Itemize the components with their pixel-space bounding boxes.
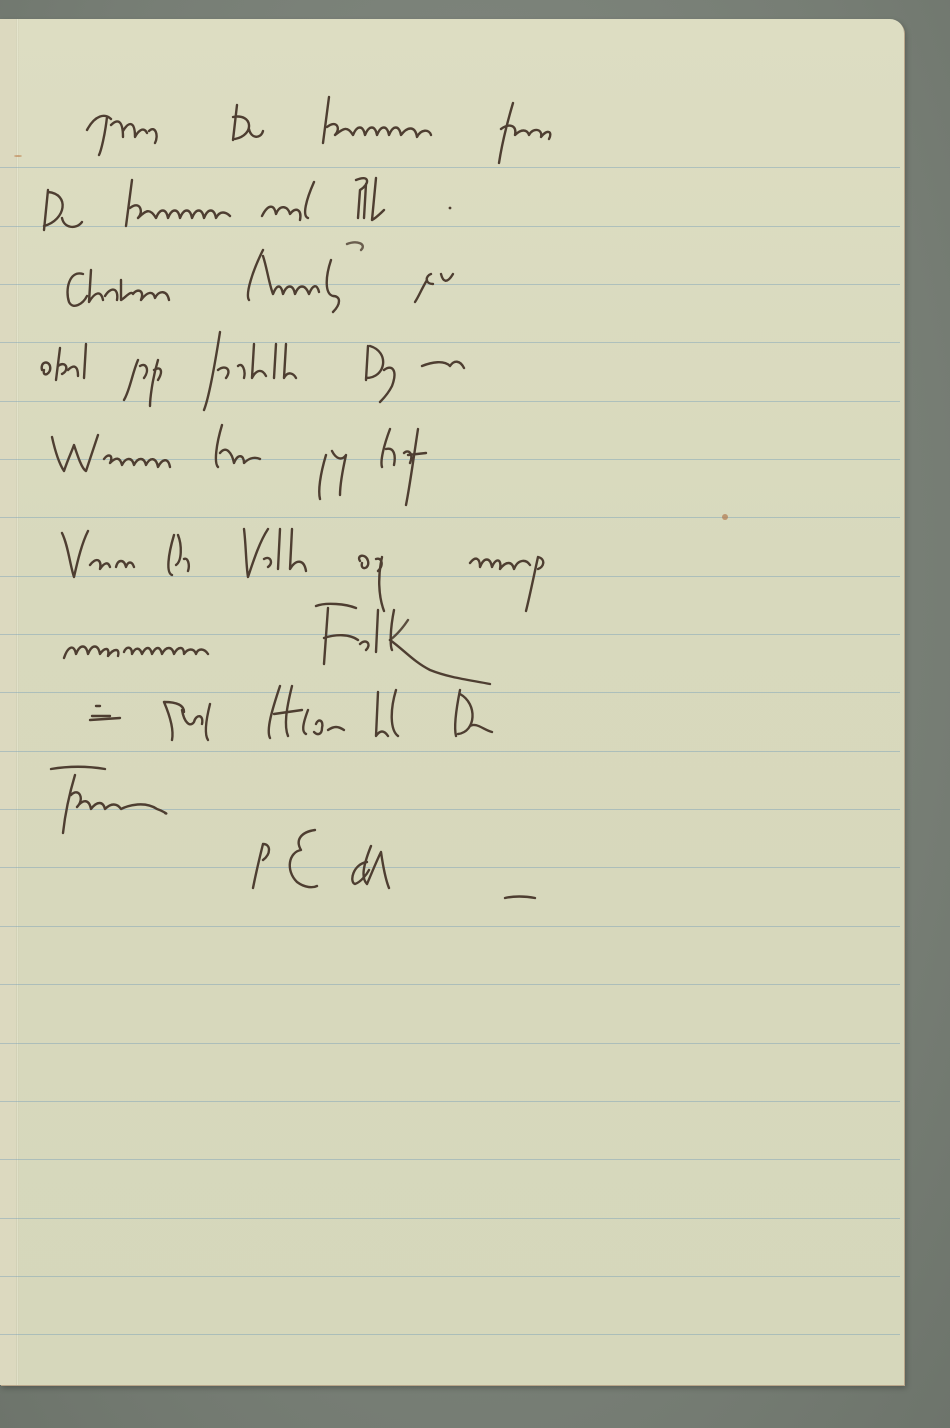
letter-line-5: Weimar hvor jeg traf: [50, 415, 750, 515]
letter-line-2: Du kommer ned til: [40, 170, 740, 250]
paper-stain: [14, 155, 22, 157]
ruled-line: [0, 1159, 900, 1160]
handwriting-strokes: [40, 170, 740, 250]
ruled-line: [0, 984, 900, 985]
letter-line-3: Chateau Munch så: [55, 240, 755, 320]
signature: P E M –: [245, 830, 565, 920]
letter-line-1: Hvis Du kommer først: [85, 95, 785, 175]
ruled-line: [0, 1101, 900, 1102]
handwriting-strokes: [50, 415, 750, 515]
ruled-line: [0, 1276, 900, 1277]
page-fold: [16, 19, 19, 1385]
signature-strokes: [245, 830, 565, 920]
handwriting-strokes: [55, 240, 755, 320]
ruled-line: [0, 1218, 900, 1219]
facing-page-edge: [0, 19, 16, 1385]
handwriting-strokes: [85, 95, 785, 175]
ruled-line: [0, 926, 900, 927]
ruled-line: [0, 1334, 900, 1335]
ruled-line: [0, 1043, 900, 1044]
